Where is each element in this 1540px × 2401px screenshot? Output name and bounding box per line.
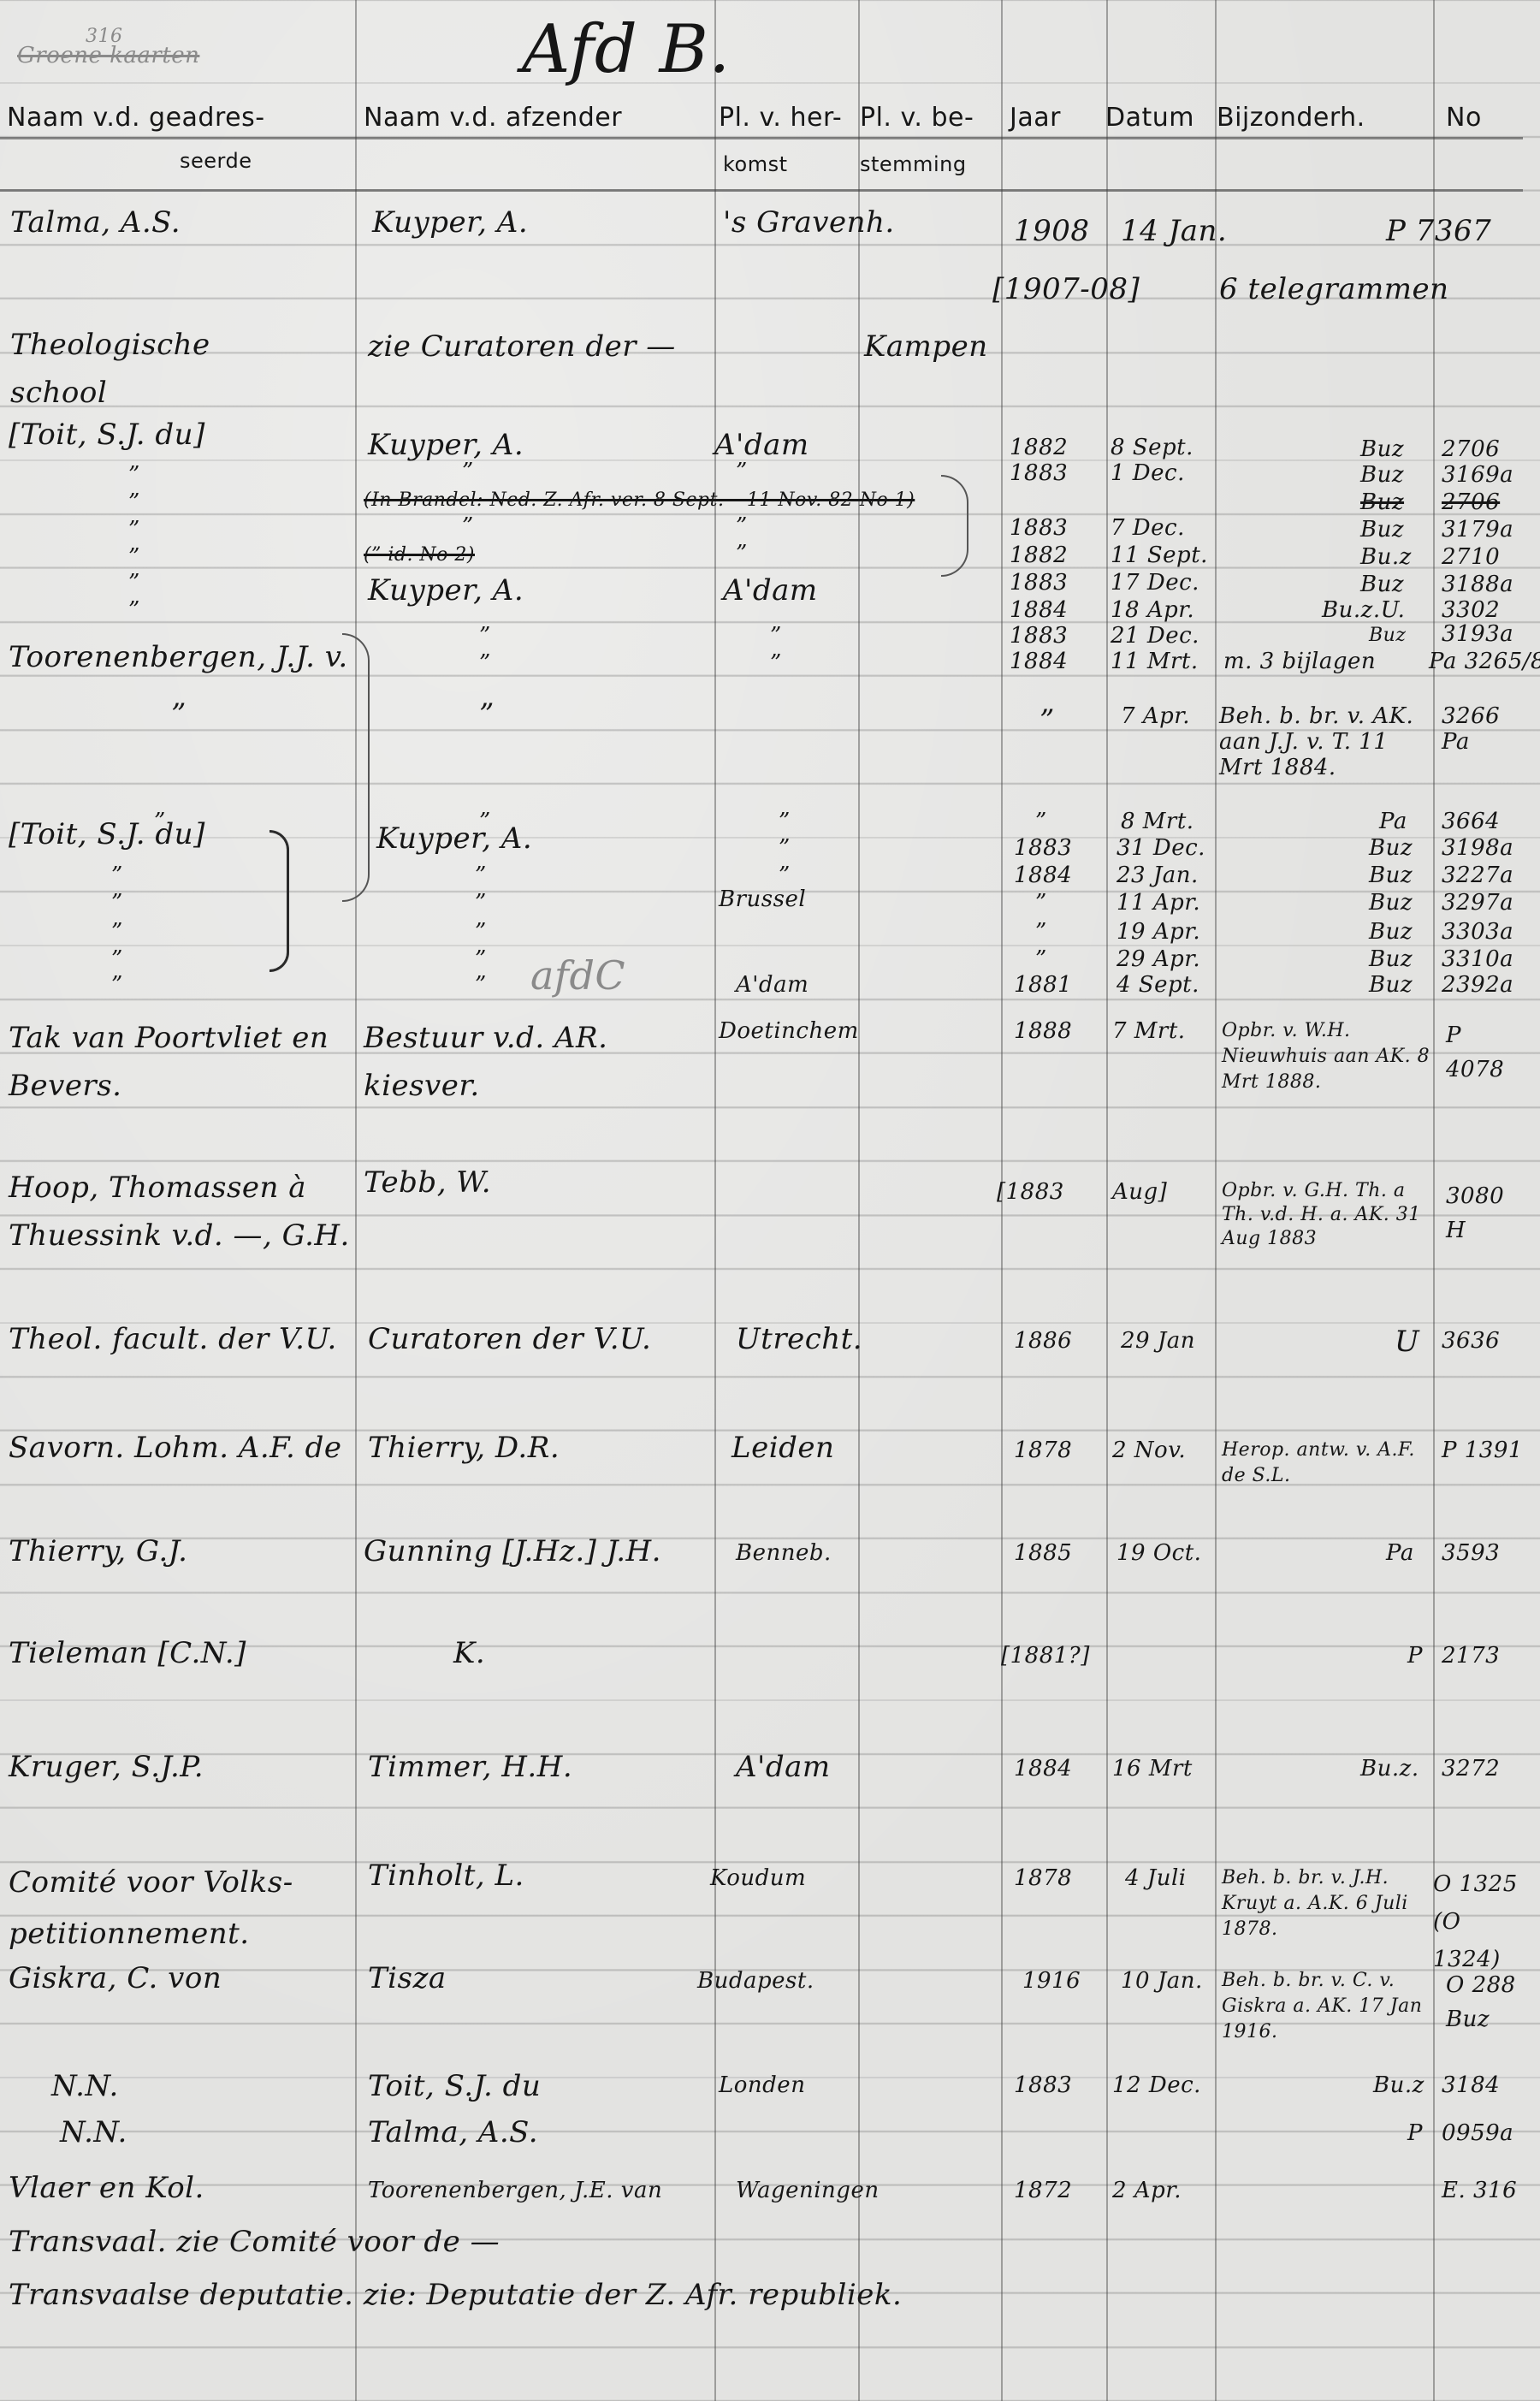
cell-number: 3297a bbox=[1442, 890, 1513, 916]
cell-number: 3179a bbox=[1442, 517, 1513, 542]
cell-origin: A'dam bbox=[736, 972, 808, 998]
header-notes: Bijzonderh. bbox=[1217, 101, 1365, 135]
cell-addressee: Toorenenbergen, J.J. v. bbox=[9, 640, 348, 674]
cell-notes: P bbox=[1407, 1643, 1423, 1669]
grouping-bracket bbox=[342, 633, 370, 902]
cell-number-struck: 2706 bbox=[1442, 489, 1500, 515]
cell-number: 3193a bbox=[1442, 621, 1513, 647]
cell-addressee: ” bbox=[128, 544, 140, 570]
cell-year: [1883 bbox=[997, 1179, 1064, 1205]
cell-date: 12 Dec. bbox=[1112, 2072, 1201, 2098]
cell-number: 3636 bbox=[1442, 1328, 1500, 1354]
cell-sender: ” bbox=[475, 863, 487, 888]
cell-year: 1883 bbox=[1010, 515, 1068, 541]
cell-date: 29 Apr. bbox=[1116, 946, 1200, 972]
cell-origin: Brussel bbox=[719, 886, 806, 912]
cell-sender: Kuyper, A. bbox=[368, 428, 524, 462]
cell-notes: Bu.z bbox=[1360, 544, 1412, 570]
cell-notes: Beh. b. br. v. J.H. Kruyt a. A.K. 6 Juli… bbox=[1222, 1865, 1427, 1942]
cell-notes: Beh. b. br. v. AK. aan J.J. v. T. 11 Mrt… bbox=[1219, 703, 1424, 780]
grouping-bracket bbox=[941, 475, 968, 577]
column-divider bbox=[355, 0, 357, 2401]
cell-addressee: [Toit, S.J. du] bbox=[9, 817, 205, 851]
cell-date: 1 Dec. bbox=[1111, 460, 1185, 486]
cell-sender: Kuyper, A. bbox=[372, 205, 528, 240]
cell-date: 7 Mrt. bbox=[1112, 1018, 1186, 1044]
cell-year: 1908 bbox=[1014, 214, 1090, 248]
cell-notes: U bbox=[1395, 1325, 1419, 1359]
cell-date: 16 Mrt bbox=[1112, 1756, 1193, 1781]
cell-year: 1883 bbox=[1014, 835, 1072, 861]
cell-origin: Utrecht. bbox=[736, 1322, 862, 1356]
cell-notes: Opbr. v. W.H. Nieuwhuis aan AK. 8 Mrt 18… bbox=[1222, 1018, 1436, 1095]
cell-number: 3227a bbox=[1442, 863, 1513, 888]
cell-addressee: ” bbox=[128, 489, 140, 515]
cell-origin: A'dam bbox=[714, 428, 809, 462]
cell-date: 17 Dec. bbox=[1111, 570, 1199, 596]
cell-origin: ” bbox=[770, 623, 782, 649]
cell-year: 1886 bbox=[1014, 1328, 1072, 1354]
cell-year: ” bbox=[1035, 890, 1047, 916]
cell-date: 10 Jan. bbox=[1121, 1968, 1203, 1994]
cell-number: 0959a bbox=[1442, 2120, 1513, 2146]
cell-sender: Tinholt, L. bbox=[368, 1859, 524, 1893]
cell-date: 11 Apr. bbox=[1116, 890, 1200, 916]
cell-date: Aug] bbox=[1112, 1179, 1167, 1205]
cell-date: 2 Apr. bbox=[1112, 2178, 1182, 2203]
cell-addressee: N.N. bbox=[51, 2069, 119, 2103]
cell-year: [1907-08] bbox=[992, 272, 1140, 306]
cell-notes: Buz bbox=[1360, 517, 1404, 542]
header-destination: Pl. v. be- bbox=[860, 101, 974, 135]
column-divider bbox=[714, 0, 716, 2401]
pencil-stamp: afdC bbox=[530, 958, 625, 993]
cell-date: 8 Mrt. bbox=[1121, 809, 1194, 834]
cell-number: P 4078 bbox=[1446, 1018, 1523, 1087]
cell-origin: 's Gravenh. bbox=[723, 205, 895, 240]
cell-number: Pa 3265/8 bbox=[1429, 649, 1540, 674]
cell-sender-struck: (In Brandel: Ned. Z. Afr. ver. 8 Sept. –… bbox=[364, 489, 915, 512]
cell-date: 23 Jan. bbox=[1116, 863, 1199, 888]
cell-number: 3266 Pa bbox=[1442, 703, 1527, 755]
cell-notes: Buz bbox=[1360, 436, 1404, 462]
cell-sender: Thierry, D.R. bbox=[368, 1431, 560, 1465]
cell-notes: Pa bbox=[1379, 809, 1407, 834]
cell-addressee: Vlaer en Kol. bbox=[9, 2171, 204, 2205]
cell-sender: Gunning [J.Hz.] J.H. bbox=[364, 1534, 661, 1568]
cell-sender: K. bbox=[453, 1636, 485, 1670]
cell-year: 1883 bbox=[1010, 623, 1068, 649]
cell-year: 1882 bbox=[1010, 542, 1068, 568]
cell-notes: Bu.z.U. bbox=[1322, 597, 1405, 623]
cell-year: 1884 bbox=[1010, 597, 1068, 623]
cell-year: 1884 bbox=[1010, 649, 1068, 674]
cell-sender: Toit, S.J. du bbox=[368, 2069, 541, 2103]
header-date: Datum bbox=[1105, 101, 1194, 135]
cell-notes: Beh. b. br. v. C. v. Giskra a. AK. 17 Ja… bbox=[1222, 1968, 1427, 2045]
cell-sender: Tisza bbox=[368, 1961, 447, 1995]
cell-origin: A'dam bbox=[723, 573, 818, 608]
header-year: Jaar bbox=[1010, 101, 1061, 135]
column-divider bbox=[1106, 0, 1108, 2401]
header-rule bbox=[0, 137, 1523, 139]
cell-date: 11 Mrt. bbox=[1111, 649, 1199, 674]
pencil-note: 316 bbox=[86, 26, 123, 48]
cell-number: O 1325 (O 1324) bbox=[1433, 1865, 1527, 1978]
cell-number: 3184 bbox=[1442, 2072, 1500, 2098]
cell-notes: P bbox=[1407, 2120, 1423, 2146]
cell-origin: ” bbox=[779, 809, 791, 834]
cell-notes: Bu.z bbox=[1373, 2072, 1424, 2098]
cell-addressee: ” bbox=[128, 570, 140, 596]
cell-origin: ” bbox=[736, 459, 748, 484]
cell-sender: ” bbox=[479, 623, 491, 649]
cell-notes: Pa bbox=[1386, 1540, 1414, 1566]
cell-number: 3593 bbox=[1442, 1540, 1500, 1566]
cell-notes: Buz bbox=[1369, 972, 1413, 998]
cell-addressee: [Toit, S.J. du] bbox=[9, 418, 205, 452]
cell-notes-struck: Buz bbox=[1360, 489, 1404, 515]
cell-year: 1883 bbox=[1010, 460, 1068, 486]
cell-sender: Talma, A.S. bbox=[368, 2115, 538, 2149]
cell-origin: ” bbox=[770, 650, 782, 676]
cell-year: 1881 bbox=[1014, 972, 1072, 998]
cell-date: 14 Jan. bbox=[1121, 214, 1227, 248]
cell-sender: Timmer, H.H. bbox=[368, 1750, 572, 1784]
cell-sender: ” bbox=[475, 972, 487, 998]
cell-addressee: ” bbox=[111, 863, 123, 888]
cell-number: 2392a bbox=[1442, 972, 1513, 998]
cell-date: 29 Jan bbox=[1121, 1328, 1195, 1354]
cell-sender: ” bbox=[462, 513, 474, 539]
cell-sender: ” bbox=[462, 459, 474, 484]
cell-sender: ” bbox=[479, 650, 491, 676]
cell-addressee: Savorn. Lohm. A.F. de bbox=[9, 1431, 341, 1465]
cell-addressee: Theol. facult. der V.U. bbox=[9, 1322, 337, 1356]
cell-number: O 288 Buz bbox=[1446, 1968, 1523, 2036]
cell-year: 1878 bbox=[1014, 1438, 1072, 1463]
cell-addressee: ” bbox=[128, 462, 140, 488]
cell-date: 4 Juli bbox=[1125, 1865, 1187, 1891]
footnote-transvaal: Transvaal. zie Comité voor de — bbox=[9, 2225, 500, 2259]
cell-year: 1883 bbox=[1014, 2072, 1072, 2098]
header-sender: Naam v.d. afzender bbox=[364, 101, 622, 135]
cell-number: 3272 bbox=[1442, 1756, 1500, 1781]
cell-year: 1888 bbox=[1014, 1018, 1072, 1044]
cell-number: P 7367 bbox=[1386, 214, 1491, 248]
cell-number: 2706 bbox=[1442, 436, 1500, 462]
cell-sender: Toorenenbergen, J.E. van bbox=[368, 2178, 662, 2203]
cell-addressee: N.N. bbox=[60, 2115, 127, 2149]
header-destination-2: stemming bbox=[860, 147, 967, 181]
cell-addressee: Kruger, S.J.P. bbox=[9, 1750, 204, 1784]
cell-number: 3188a bbox=[1442, 572, 1513, 597]
cell-notes: 6 telegrammen bbox=[1219, 272, 1449, 306]
cell-year: 1884 bbox=[1014, 863, 1072, 888]
cell-addressee: ” bbox=[171, 697, 187, 732]
grouping-brace bbox=[269, 830, 289, 972]
cell-addressee: ” bbox=[111, 972, 123, 998]
cell-sender-struck: (” id. No 2) bbox=[364, 544, 475, 566]
cell-year: 1916 bbox=[1022, 1968, 1081, 1994]
cell-notes: Bu.z. bbox=[1360, 1756, 1419, 1781]
cell-notes: Buz bbox=[1360, 572, 1404, 597]
cell-number: 3302 bbox=[1442, 597, 1500, 623]
header-addressee: Naam v.d. geadres- bbox=[7, 101, 265, 135]
cell-year: 1883 bbox=[1010, 570, 1068, 596]
cell-sender: zie Curatoren der — bbox=[368, 329, 676, 364]
cell-number: 3664 bbox=[1442, 809, 1500, 834]
cell-addressee: Thierry, G.J. bbox=[9, 1534, 187, 1568]
cell-sender: Tebb, W. bbox=[364, 1165, 491, 1200]
cell-year: 1872 bbox=[1014, 2178, 1072, 2203]
cell-sender: ” bbox=[475, 946, 487, 972]
cell-addressee: Theologische school bbox=[10, 321, 293, 417]
index-card: Groene kaarten 316 Afd B. Naam v.d. gead… bbox=[0, 0, 1540, 2401]
cell-addressee: Giskra, C. von bbox=[9, 1961, 222, 1995]
cell-number: 3310a bbox=[1442, 946, 1513, 972]
cell-addressee: Tak van Poortvliet en Bevers. bbox=[9, 1014, 351, 1110]
cell-addressee: ” bbox=[111, 890, 123, 916]
cell-sender: Kuyper, A. bbox=[368, 573, 524, 608]
cell-notes: Buz bbox=[1369, 919, 1413, 945]
cell-addressee: Comité voor Volks-petitionnement. bbox=[9, 1857, 351, 1959]
header-origin-2: komst bbox=[723, 147, 788, 181]
cell-date: 19 Oct. bbox=[1116, 1540, 1201, 1566]
cell-origin: Wageningen bbox=[736, 2178, 880, 2203]
cell-sender: ” bbox=[479, 697, 495, 732]
cell-addressee: ” bbox=[111, 919, 123, 945]
cell-origin: A'dam bbox=[736, 1750, 831, 1784]
cell-date: 2 Nov. bbox=[1112, 1438, 1186, 1463]
card-title: Afd B. bbox=[522, 15, 731, 84]
cell-year: 1882 bbox=[1010, 435, 1068, 460]
cell-date: 21 Dec. bbox=[1111, 623, 1199, 649]
cell-origin: ” bbox=[779, 863, 791, 888]
cell-number: E. 316 bbox=[1442, 2178, 1517, 2203]
header-number: No bbox=[1446, 101, 1482, 135]
cell-destination: Kampen bbox=[864, 329, 988, 364]
cell-number: 2173 bbox=[1442, 1643, 1500, 1669]
cell-addressee: ” bbox=[111, 946, 123, 972]
cell-origin: Budapest. bbox=[697, 1968, 814, 1994]
cell-addressee: Hoop, Thomassen à Thuessink v.d. —, G.H. bbox=[9, 1164, 351, 1260]
cell-year: 1878 bbox=[1014, 1865, 1072, 1891]
cell-year: 1885 bbox=[1014, 1540, 1072, 1566]
cell-number: 3080 H bbox=[1446, 1179, 1523, 1248]
cell-sender: ” bbox=[475, 890, 487, 916]
cell-notes: Buz bbox=[1369, 835, 1413, 861]
cell-number: 2710 bbox=[1442, 544, 1500, 570]
cell-number: 3198a bbox=[1442, 835, 1513, 861]
cell-date: 4 Sept. bbox=[1116, 972, 1199, 998]
cell-origin: ” bbox=[779, 835, 791, 861]
cell-date: 31 Dec. bbox=[1116, 835, 1205, 861]
cell-year: ” bbox=[1035, 809, 1047, 834]
cell-year: 1884 bbox=[1014, 1756, 1072, 1781]
column-divider bbox=[858, 0, 860, 2401]
cell-sender: Bestuur v.d. AR. kiesver. bbox=[364, 1014, 706, 1110]
cell-origin: Benneb. bbox=[736, 1540, 832, 1566]
cell-date: 11 Sept. bbox=[1111, 542, 1208, 568]
cell-sender: Kuyper, A. bbox=[376, 821, 532, 856]
cell-notes: Buz bbox=[1369, 890, 1413, 916]
cell-year: ” bbox=[1035, 946, 1047, 972]
cell-date: 19 Apr. bbox=[1116, 919, 1200, 945]
cell-notes: Herop. antw. v. A.F. de S.L. bbox=[1222, 1438, 1419, 1489]
cell-origin: Leiden bbox=[731, 1431, 834, 1465]
cell-addressee: ” bbox=[128, 517, 140, 542]
cell-origin: Londen bbox=[719, 2072, 805, 2098]
cell-year: [1881?] bbox=[1001, 1643, 1090, 1669]
cell-year: ” bbox=[1039, 703, 1055, 738]
cell-number: 3169a bbox=[1442, 462, 1513, 488]
header-origin: Pl. v. her- bbox=[719, 101, 842, 135]
cell-origin: Doetinchem bbox=[719, 1018, 859, 1044]
cell-year: ” bbox=[1035, 919, 1047, 945]
cell-notes: Buz bbox=[1369, 625, 1406, 647]
cell-notes: Buz bbox=[1369, 946, 1413, 972]
cell-date: 7 Apr. bbox=[1121, 703, 1190, 729]
cell-origin: ” bbox=[736, 513, 748, 539]
cell-origin: ” bbox=[736, 541, 748, 566]
header-rule bbox=[0, 189, 1523, 192]
cell-notes: Buz bbox=[1369, 863, 1413, 888]
cell-number: P 1391 bbox=[1442, 1438, 1523, 1463]
cell-notes: m. 3 bijlagen bbox=[1223, 649, 1376, 674]
cell-notes: Buz bbox=[1360, 462, 1404, 488]
cell-date: 8 Sept. bbox=[1111, 435, 1193, 460]
cell-sender: Curatoren der V.U. bbox=[368, 1322, 651, 1356]
cell-date: 18 Apr. bbox=[1111, 597, 1194, 623]
cell-sender: ” bbox=[475, 919, 487, 945]
cell-addressee: Talma, A.S. bbox=[10, 205, 181, 240]
column-divider bbox=[1215, 0, 1217, 2401]
cell-addressee: Tieleman [C.N.] bbox=[9, 1636, 246, 1670]
footnote-transvaalse-deputatie: Transvaalse deputatie. zie: Deputatie de… bbox=[9, 2278, 902, 2312]
cell-addressee: ” bbox=[128, 597, 140, 623]
header-addressee-2: seerde bbox=[180, 144, 252, 178]
cell-origin: Koudum bbox=[710, 1865, 806, 1891]
cell-number: 3303a bbox=[1442, 919, 1513, 945]
cell-notes: Opbr. v. G.H. Th. a Th. v.d. H. a. AK. 3… bbox=[1222, 1179, 1436, 1251]
cell-date: 7 Dec. bbox=[1111, 515, 1185, 541]
